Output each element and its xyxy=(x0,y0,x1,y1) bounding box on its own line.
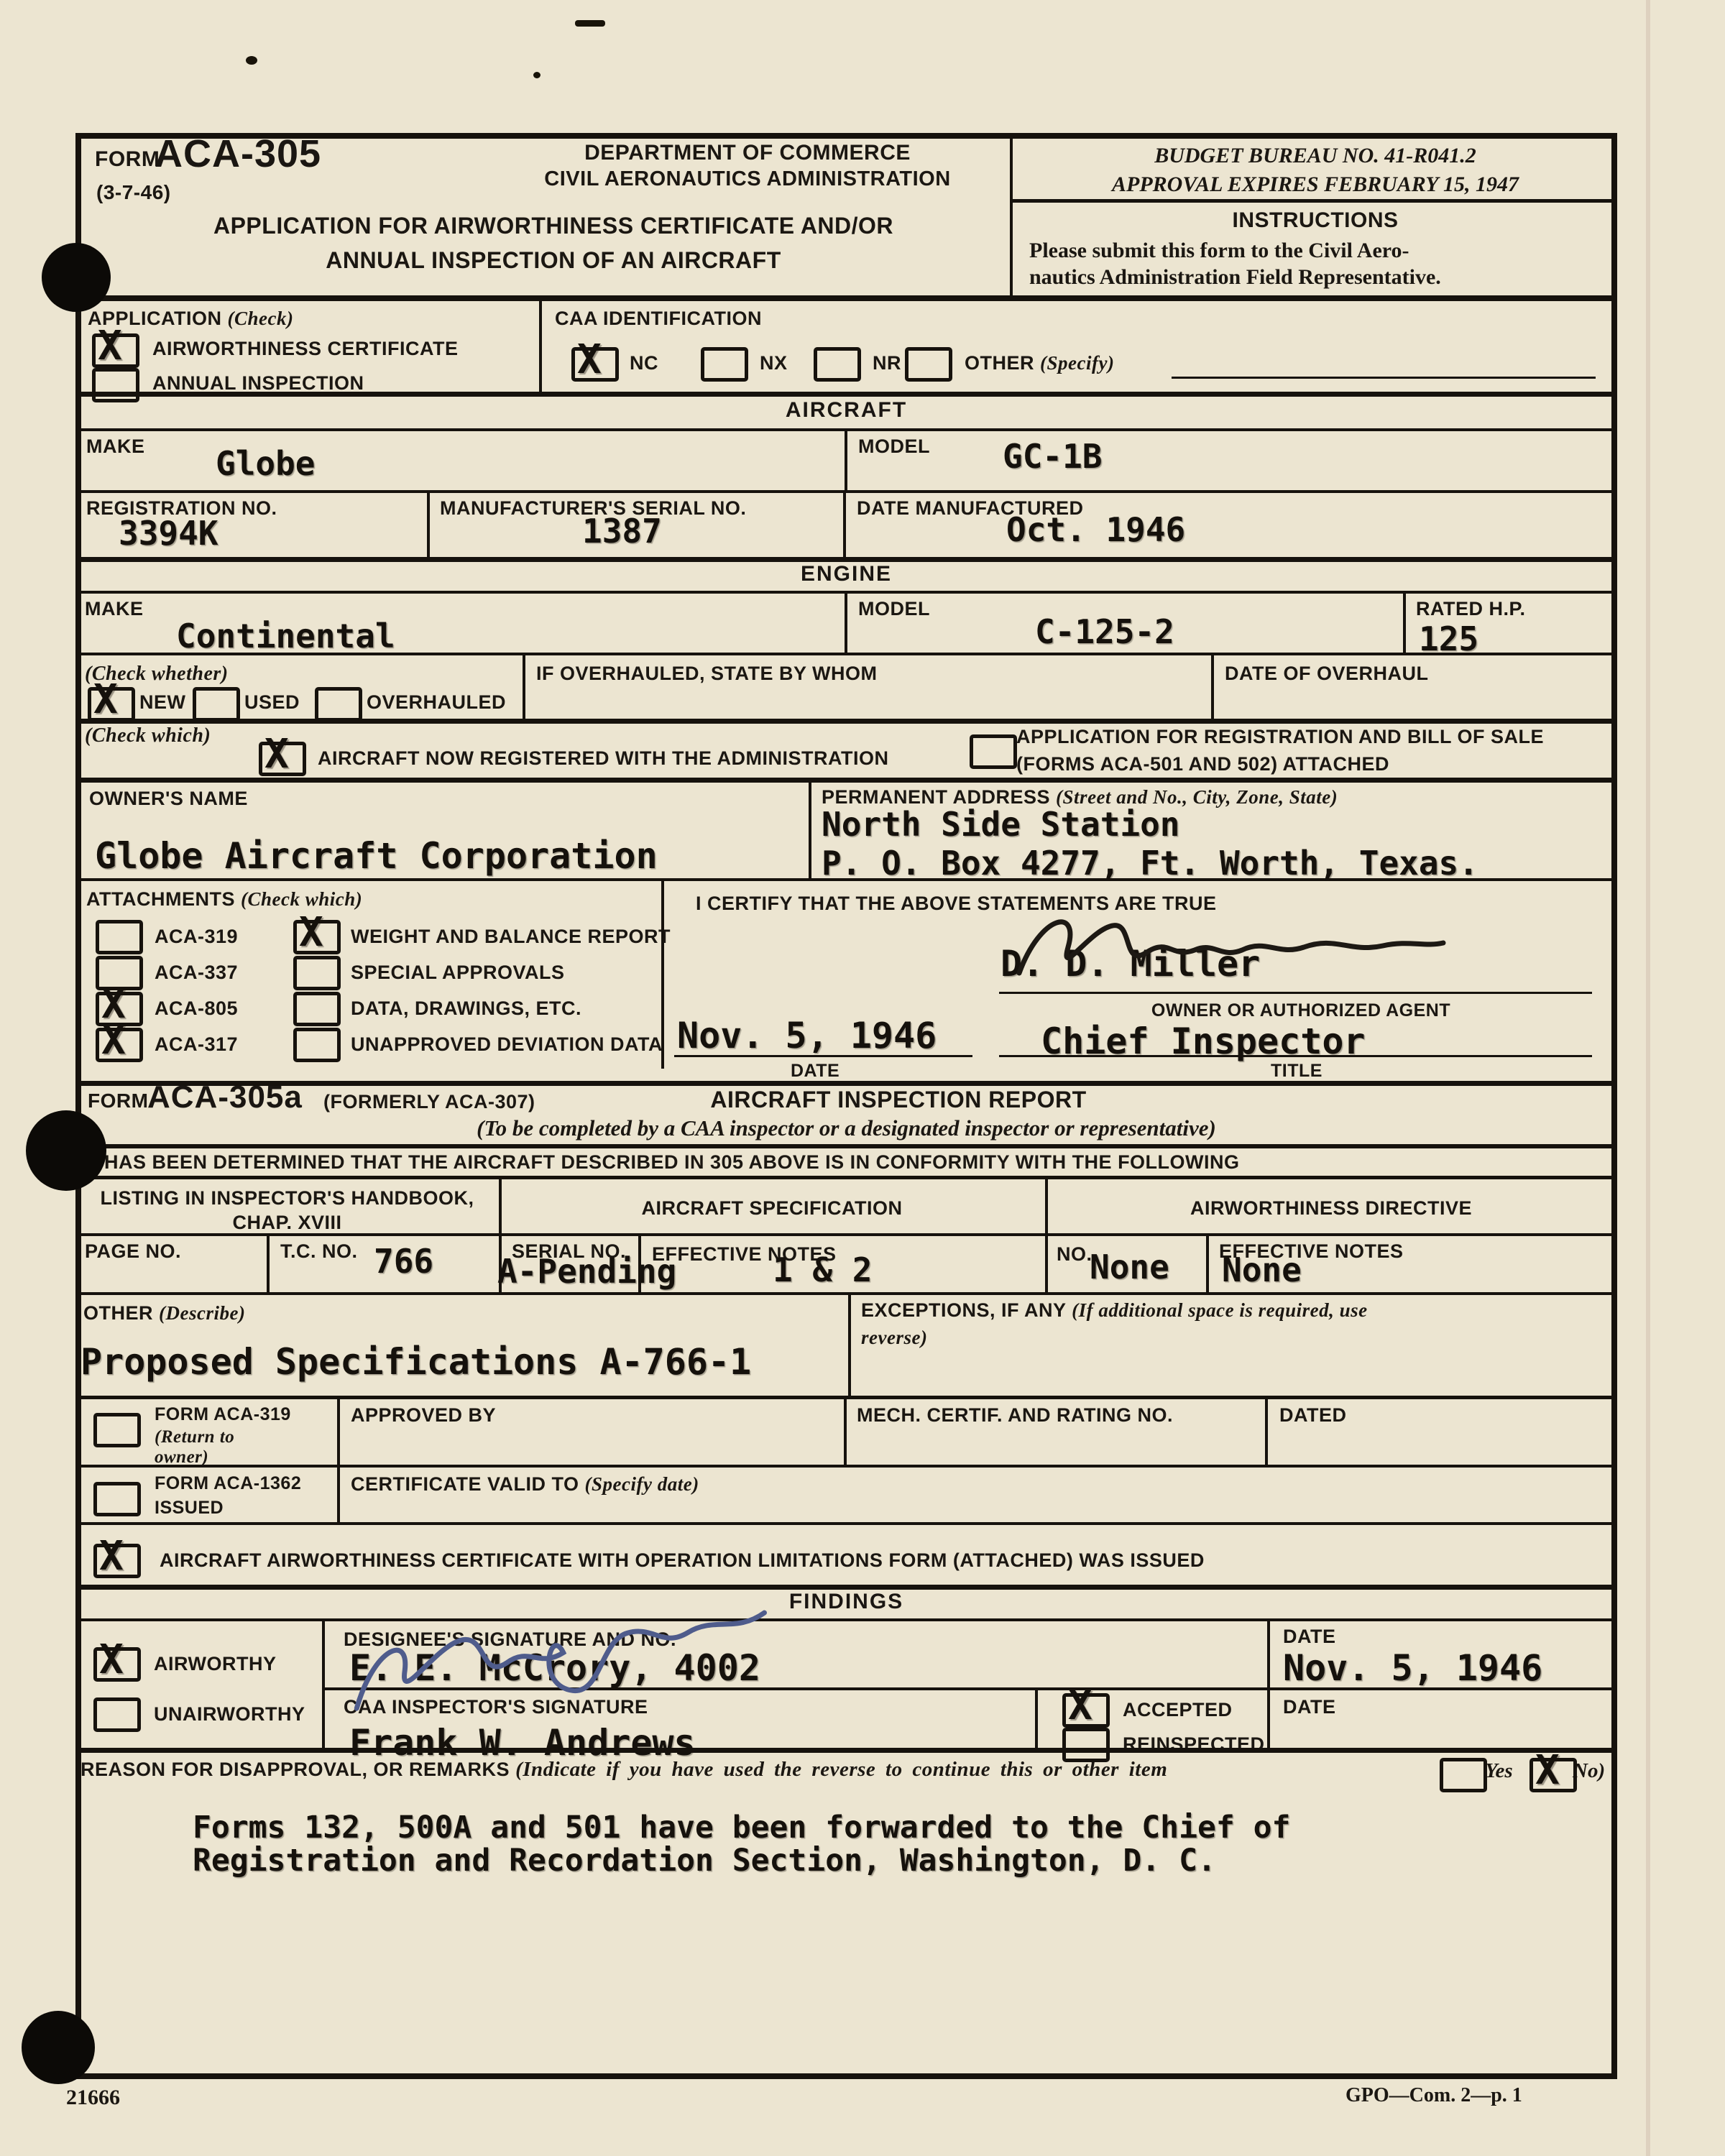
owners-name-label: OWNER'S NAME xyxy=(89,788,248,810)
col-aircraft-specification: AIRCRAFT SPECIFICATION xyxy=(499,1197,1045,1220)
divider xyxy=(1010,199,1617,203)
divider xyxy=(539,298,542,392)
divider xyxy=(843,490,846,557)
effective-notes-value: 1 & 2 xyxy=(773,1250,872,1289)
certificate-valid-to-italic: (Specify date) xyxy=(585,1473,699,1495)
divider xyxy=(427,490,430,557)
checkbox-nr[interactable] xyxy=(814,347,861,382)
airworthy-label: AIRWORTHY xyxy=(154,1653,277,1675)
date-of-overhaul-label: DATE OF OVERHAUL xyxy=(1225,663,1429,685)
divider xyxy=(1010,133,1013,297)
checkbox-airworthy[interactable]: X xyxy=(93,1647,141,1682)
exceptions-label: EXCEPTIONS, IF ANY xyxy=(861,1299,1066,1321)
checkmark: X xyxy=(99,1537,124,1577)
aircraft-section-title: AIRCRAFT xyxy=(75,398,1617,423)
attachments-label: ATTACHMENTS xyxy=(86,888,235,910)
divider xyxy=(75,1522,1617,1525)
page-no-label: PAGE NO. xyxy=(85,1240,181,1263)
aircraft-model-value: GC-1B xyxy=(1003,437,1102,476)
checkbox-aca-317[interactable]: X xyxy=(96,1028,143,1062)
spec-serial-value: A-Pending xyxy=(497,1252,676,1291)
certify-date-value: Nov. 5, 1946 xyxy=(677,1015,937,1056)
page-title-line2: ANNUAL INSPECTION OF AN AIRCRAFT xyxy=(115,247,992,274)
aca-337-label: ACA-337 xyxy=(155,962,238,984)
address-line2-value: P. O. Box 4277, Ft. Worth, Texas. xyxy=(822,844,1478,883)
divider xyxy=(75,1618,1617,1621)
registration-application-label-line2: (FORMS ACA-501 AND 502) ATTACHED xyxy=(1016,753,1389,775)
divider xyxy=(75,1176,1617,1179)
instructions-line1: Please submit this form to the Civil Aer… xyxy=(1029,239,1409,263)
divider xyxy=(75,557,1617,562)
checkmark: X xyxy=(299,913,323,953)
effective-notes2-value: None xyxy=(1222,1250,1302,1289)
checkbox-certificate-issued[interactable]: X xyxy=(93,1544,141,1578)
engine-make-value: Continental xyxy=(176,617,395,655)
divider xyxy=(337,1396,340,1465)
certificate-valid-to-label: CERTIFICATE VALID TO xyxy=(351,1473,579,1495)
engine-make-label: MAKE xyxy=(85,598,144,620)
divider xyxy=(809,778,811,878)
nr-label: NR xyxy=(873,352,901,374)
remarks-line1: Forms 132, 500A and 501 have been forwar… xyxy=(193,1810,1290,1846)
certificate-issued-label: AIRCRAFT AIRWORTHINESS CERTIFICATE WITH … xyxy=(160,1549,1205,1572)
reverse-no-label: No) xyxy=(1573,1759,1605,1783)
divider xyxy=(75,778,1617,783)
checkbox-reverse-no[interactable]: X xyxy=(1529,1758,1577,1792)
form-aca-1362-label: FORM ACA-1362 xyxy=(155,1473,301,1494)
checkbox-registration-application[interactable] xyxy=(970,734,1017,769)
aca-805-label: ACA-805 xyxy=(155,998,238,1020)
divider xyxy=(1211,653,1214,720)
divider xyxy=(75,490,1617,493)
exceptions-label-italic2: reverse) xyxy=(861,1327,927,1349)
checkmark: X xyxy=(101,1021,126,1061)
checkbox-new[interactable]: X xyxy=(88,687,135,722)
instructions-line2: nautics Administration Field Representat… xyxy=(1029,265,1441,290)
checkbox-form-aca-1362-issued[interactable] xyxy=(93,1482,141,1516)
divider xyxy=(75,1081,1617,1086)
determination-statement: IT HAS BEEN DETERMINED THAT THE AIRCRAFT… xyxy=(80,1151,1240,1174)
special-approvals-label: SPECIAL APPROVALS xyxy=(351,962,565,984)
new-label: NEW xyxy=(139,691,186,714)
application-label-italic: (Check) xyxy=(228,308,294,329)
divider xyxy=(845,428,847,490)
other-describe-label: OTHER xyxy=(83,1302,153,1324)
checkmark: X xyxy=(577,340,602,380)
punch-hole xyxy=(42,243,111,312)
date-label: DATE xyxy=(791,1061,839,1082)
reverse-yes-label: Yes xyxy=(1485,1759,1513,1783)
report-form-word: FORM xyxy=(88,1089,148,1112)
budget-bureau-line1: BUDGET BUREAU NO. 41-R041.2 xyxy=(1021,144,1610,168)
other-label: OTHER xyxy=(965,352,1034,374)
signature-dd-miller xyxy=(999,893,1459,1000)
checkbox-other[interactable] xyxy=(905,347,952,382)
owners-name-value: Globe Aircraft Corporation xyxy=(95,835,658,877)
directive-no-value: None xyxy=(1090,1248,1169,1286)
col-airworthiness-directive: AIRWORTHINESS DIRECTIVE xyxy=(1045,1197,1617,1220)
checkbox-registered[interactable]: X xyxy=(259,742,306,776)
rated-hp-label: RATED H.P. xyxy=(1416,598,1526,620)
form-number: ACA-305 xyxy=(155,132,321,176)
date-manufactured-value: Oct. 1946 xyxy=(1006,510,1185,549)
checkbox-reverse-yes[interactable] xyxy=(1440,1758,1487,1792)
checkbox-unapproved-deviation[interactable] xyxy=(293,1028,341,1062)
divider xyxy=(1035,1687,1038,1748)
divider xyxy=(1265,1396,1268,1465)
punch-hole xyxy=(22,2011,95,2084)
page-title-line1: APPLICATION FOR AIRWORTHINESS CERTIFICAT… xyxy=(115,213,992,239)
aircraft-make-value: Globe xyxy=(216,444,315,483)
divider xyxy=(845,591,847,653)
tc-no-value: 766 xyxy=(374,1242,433,1281)
punch-hole xyxy=(26,1110,106,1191)
ink-speck xyxy=(533,72,540,78)
ink-speck xyxy=(246,56,257,65)
weight-balance-label: WEIGHT AND BALANCE REPORT xyxy=(351,926,671,948)
checkbox-reinspected[interactable] xyxy=(1062,1728,1110,1762)
airworthiness-certificate-label: AIRWORTHINESS CERTIFICATE xyxy=(152,338,459,360)
divider xyxy=(844,1396,847,1465)
divider xyxy=(1206,1233,1209,1292)
divider xyxy=(75,295,1617,301)
form-revision-date: (3-7-46) xyxy=(96,181,171,204)
aircraft-make-label: MAKE xyxy=(86,436,145,458)
divider xyxy=(75,1748,1617,1753)
nx-label: NX xyxy=(760,352,788,374)
tc-no-label: T.C. NO. xyxy=(280,1240,358,1263)
remarks-line2: Registration and Recordation Section, Wa… xyxy=(193,1843,1216,1879)
form-aca-319-label: FORM ACA-319 xyxy=(155,1404,291,1425)
form-word: FORM xyxy=(95,147,160,172)
checkbox-form-aca-319-return[interactable] xyxy=(93,1413,141,1447)
other-describe-value: Proposed Specifications A-766-1 xyxy=(80,1341,751,1383)
unapproved-deviation-label: UNAPPROVED DEVIATION DATA xyxy=(351,1033,663,1056)
directive-no-label: NO. xyxy=(1057,1243,1092,1266)
divider xyxy=(75,1233,1617,1236)
used-label: USED xyxy=(244,691,300,714)
checkmark: X xyxy=(264,734,289,775)
budget-bureau-line2: APPROVAL EXPIRES FEBRUARY 15, 1947 xyxy=(1021,172,1610,197)
divider xyxy=(523,653,525,720)
certify-title-value: Chief Inspector xyxy=(1041,1021,1366,1062)
address-line1-value: North Side Station xyxy=(822,805,1180,844)
checkmark: X xyxy=(99,1640,124,1680)
divider xyxy=(1267,1618,1270,1748)
instructions-title: INSTRUCTIONS xyxy=(1021,208,1610,233)
other-label-italic: (Specify) xyxy=(1040,352,1114,374)
divider xyxy=(848,1292,851,1396)
aca-319-label: ACA-319 xyxy=(155,926,238,948)
divider xyxy=(1403,591,1406,653)
checkbox-special-approvals[interactable] xyxy=(293,956,341,990)
department-line1: DEPARTMENT OF COMMERCE xyxy=(489,141,1006,165)
department-line2: CIVIL AERONAUTICS ADMINISTRATION xyxy=(489,167,1006,191)
nc-label: NC xyxy=(630,352,658,374)
owner-agent-label: OWNER OR AUTHORIZED AGENT xyxy=(1078,1000,1524,1021)
serial-no-value: 1387 xyxy=(582,512,662,550)
footer-gpo: GPO—Com. 2—p. 1 xyxy=(1345,2084,1522,2107)
registration-application-label-line1: APPLICATION FOR REGISTRATION AND BILL OF… xyxy=(1016,726,1544,748)
checkmark: X xyxy=(93,680,118,720)
checkmark: X xyxy=(1068,1686,1092,1726)
other-specify-line[interactable] xyxy=(1172,377,1596,379)
overhauled-label: OVERHAULED xyxy=(367,691,506,714)
divider xyxy=(661,878,664,1069)
other-describe-label-italic: (Describe) xyxy=(159,1302,245,1324)
mech-certif-label: MECH. CERTIF. AND RATING NO. xyxy=(857,1404,1173,1427)
unairworthy-label: UNAIRWORTHY xyxy=(154,1703,305,1726)
col-listing-line2: CHAP. XVIII xyxy=(75,1212,499,1234)
form-aca-319-italic1: (Return to xyxy=(155,1427,234,1447)
checkmark: X xyxy=(1535,1751,1560,1791)
footer-print-number: 21666 xyxy=(66,2086,120,2110)
form-aca-1362-issued-label: ISSUED xyxy=(155,1498,224,1519)
title-label: TITLE xyxy=(1271,1061,1322,1082)
approved-by-label: APPROVED BY xyxy=(351,1404,496,1427)
findings-date2-label: DATE xyxy=(1283,1696,1336,1718)
checkbox-nc[interactable]: X xyxy=(571,347,619,382)
checkbox-unairworthy[interactable] xyxy=(93,1697,141,1732)
report-title: AIRCRAFT INSPECTION REPORT xyxy=(503,1087,1294,1113)
col-listing-line1: LISTING IN INSPECTOR'S HANDBOOK, xyxy=(75,1187,499,1210)
divider xyxy=(322,1618,325,1748)
report-form-number: ACA-305a xyxy=(147,1079,303,1115)
divider xyxy=(267,1233,270,1292)
divider xyxy=(75,1465,1617,1468)
aca-317-label: ACA-317 xyxy=(155,1033,238,1056)
ink-speck xyxy=(575,20,605,27)
exceptions-label-italic1: (If additional space is required, use xyxy=(1072,1299,1368,1321)
attachments-label-italic: (Check which) xyxy=(241,888,362,910)
checkbox-overhauled[interactable] xyxy=(315,687,362,722)
engine-model-value: C-125-2 xyxy=(1035,612,1174,651)
checkbox-accepted[interactable]: X xyxy=(1062,1693,1110,1728)
registered-label: AIRCRAFT NOW REGISTERED WITH THE ADMINIS… xyxy=(318,747,888,770)
divider xyxy=(75,1144,1617,1148)
rated-hp-value: 125 xyxy=(1419,619,1478,658)
check-which-label: (Check which) xyxy=(85,724,211,747)
engine-section-title: ENGINE xyxy=(75,562,1617,586)
registration-no-value: 3394K xyxy=(119,514,218,553)
findings-date1-value: Nov. 5, 1946 xyxy=(1283,1647,1542,1689)
checkmark: X xyxy=(98,326,122,367)
findings-section-title: FINDINGS xyxy=(75,1590,1617,1614)
divider xyxy=(337,1465,340,1522)
engine-model-label: MODEL xyxy=(858,598,930,620)
divider xyxy=(75,1292,1617,1295)
data-drawings-label: DATA, DRAWINGS, ETC. xyxy=(351,998,581,1020)
checkbox-data-drawings[interactable] xyxy=(293,992,341,1026)
divider xyxy=(75,1585,1617,1590)
findings-date1-label: DATE xyxy=(1283,1626,1336,1648)
checkbox-nx[interactable] xyxy=(701,347,748,382)
checkbox-aca-319[interactable] xyxy=(96,920,143,954)
divider xyxy=(75,392,1617,397)
caa-identification-label: CAA IDENTIFICATION xyxy=(555,308,762,330)
accepted-label: ACCEPTED xyxy=(1123,1699,1233,1721)
checkbox-weight-balance[interactable]: X xyxy=(293,920,341,954)
overhauled-by-whom-label: IF OVERHAULED, STATE BY WHOM xyxy=(536,663,878,685)
divider xyxy=(75,719,1617,724)
aircraft-model-label: MODEL xyxy=(858,436,930,458)
dated-label: DATED xyxy=(1279,1404,1347,1427)
form-page: FORM ACA-305 (3-7-46) DEPARTMENT OF COMM… xyxy=(0,0,1725,2156)
report-subtitle: (To be completed by a CAA inspector or a… xyxy=(75,1115,1617,1141)
checkbox-airworthiness-certificate[interactable]: X xyxy=(92,333,139,368)
checkbox-used[interactable] xyxy=(193,687,240,722)
checkbox-annual-inspection[interactable] xyxy=(92,368,139,402)
